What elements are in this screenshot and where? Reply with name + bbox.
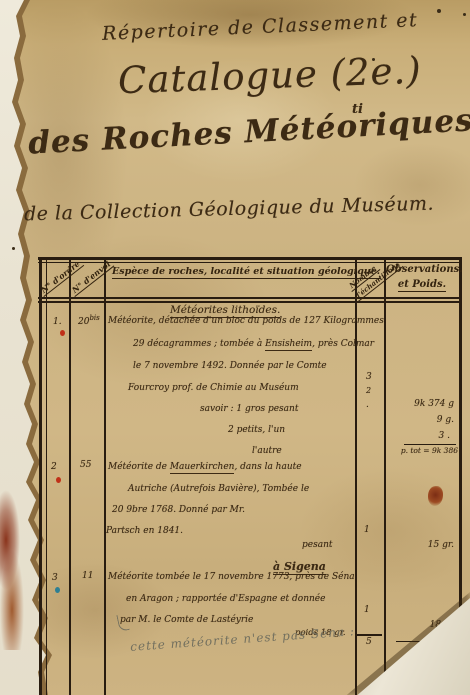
row2-desc-line2: Autriche (Autrefois Bavière), Tombée le xyxy=(128,484,309,494)
row2-desc-line5: pesant xyxy=(302,540,333,550)
col-divider-2 xyxy=(104,257,106,695)
row1-count-1: 3 xyxy=(366,372,372,382)
title-superscript-correction: ti xyxy=(352,102,363,117)
ink-speck xyxy=(463,13,466,16)
row2-count: 1 xyxy=(364,525,370,535)
row1-num-envoi: 20bis xyxy=(78,314,100,327)
table-left-rule xyxy=(39,257,42,695)
header-rule-1 xyxy=(38,297,462,299)
blue-mark xyxy=(55,587,60,593)
row3-num-ordre: 3 xyxy=(52,573,58,583)
table-left-inner-rule xyxy=(46,257,47,695)
col-divider-4 xyxy=(384,257,386,695)
row1-count-3: . xyxy=(366,400,369,410)
header-espece-label: Espèce de roches, localité et situation … xyxy=(112,266,380,279)
row1-desc-line6: 2 petits, l'un xyxy=(228,425,285,435)
red-mark xyxy=(60,330,65,336)
row1-weight-2: 9 g. xyxy=(388,415,454,425)
row2-desc-line1: Météorite de Mauerkirchen, dans la haute xyxy=(108,462,302,472)
row1-desc-line4: Fourcroy prof. de Chimie au Muséum xyxy=(128,383,299,393)
row2-desc-line4: Partsch en 1841. xyxy=(106,526,183,536)
row1-desc-line2: 29 décagrammes ; tombée à Ensisheim, prè… xyxy=(133,339,374,349)
row3-count: 1 xyxy=(364,605,370,615)
locality-mauerkirchen: Mauerkirchen xyxy=(170,462,235,474)
header-poids-label: et Poids. xyxy=(398,279,446,292)
row1-weight-3: 3 . xyxy=(388,431,450,441)
row2-num-ordre: 2 xyxy=(51,462,57,472)
section-heading: Météorites lithoïdes. xyxy=(170,304,280,316)
locality-ensisheim: Ensisheim xyxy=(265,339,312,351)
row2-weight: 15 gr. xyxy=(388,540,454,550)
row2-num-envoi: 55 xyxy=(80,460,91,470)
header-rule-2 xyxy=(38,301,462,303)
row1-desc-line3: le 7 novembre 1492. Donnée par le Comte xyxy=(133,361,327,371)
red-mark xyxy=(56,477,61,483)
header-poids: et Poids. xyxy=(386,279,458,290)
row1-desc-line5: savoir : 1 gros pesant xyxy=(200,404,298,414)
ink-speck xyxy=(12,247,15,250)
ink-speck xyxy=(437,9,441,13)
row1-weight-1: 9k 374 g xyxy=(388,399,454,409)
row1-num-ordre: 1. xyxy=(53,317,62,327)
row1-sum-rule xyxy=(404,444,456,445)
row1-desc-line7: l'autre xyxy=(252,446,282,456)
header-espece: Espèce de roches, localité et situation … xyxy=(112,266,352,277)
count-total-rule xyxy=(356,634,382,636)
count-total: 5 xyxy=(366,637,372,647)
row3-desc-line3: par M. le Comte de Lastéyrie xyxy=(120,615,253,625)
row2-desc-line3: 20 9bre 1768. Donné par Mr. xyxy=(112,505,245,515)
row3-num-envoi: 11 xyxy=(82,571,93,581)
row3-desc-line1: Météorite tombée le 17 novembre 1773, pr… xyxy=(108,572,355,582)
row3-desc-line2: en Aragon ; rapportée d'Espagne et donné… xyxy=(126,594,325,604)
manuscript-page: Répertoire de Classement et Catalogue (2… xyxy=(0,0,470,695)
binding-stain xyxy=(0,490,24,650)
col-divider-1 xyxy=(69,257,71,695)
row1-weight-total: p. tot = 9k 386 xyxy=(388,446,458,455)
header-observations: Observations. xyxy=(386,264,458,275)
row1-count-2: 2 xyxy=(366,386,371,395)
row1-desc-line1: Météorite, détachée d'un bloc du poids d… xyxy=(108,316,384,326)
